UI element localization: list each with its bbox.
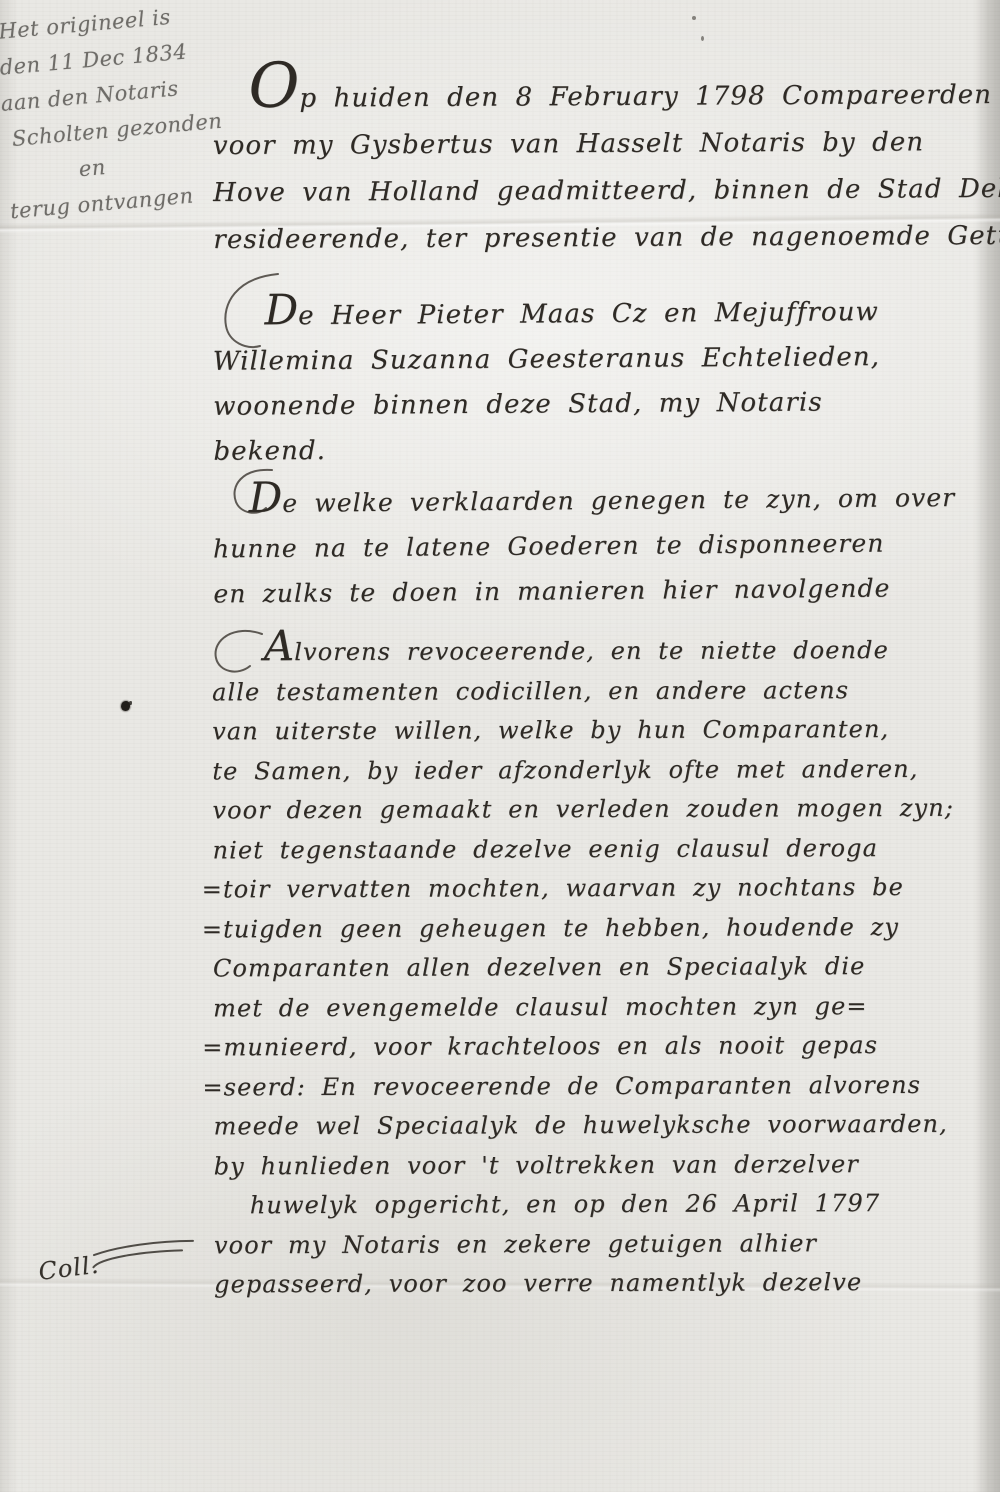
text-line: Hove van Holland geadmitteerd, binnen de… (213, 166, 1000, 217)
text-line: voor my Gysbertus van Hasselt Notaris by… (213, 119, 1000, 170)
text-line: woonende binnen deze Stad, my Notaris (213, 379, 1000, 429)
text-line: by hunlieden voor 't voltrekken van derz… (214, 1144, 1000, 1186)
deed-paragraph-parties: De Heer Pieter Maas Cz en Mejuffrouw Wil… (212, 289, 1000, 474)
text-line: Willemina Suzanna Geesteranus Echteliede… (213, 334, 1000, 384)
text-line: gepasseerd, voor zoo verre namentlyk dez… (214, 1263, 1000, 1305)
text-line: De Heer Pieter Maas Cz en Mejuffrouw (212, 289, 999, 339)
text-line: =tuigden geen geheugen te hebben, houden… (202, 907, 1000, 949)
text-line: en zulks te doen in manieren hier navolg… (213, 565, 1000, 617)
text-line: resideerende, ter presentie van de nagen… (213, 213, 1000, 264)
deed-paragraph-opening: Op huiden den 8 February 1798 Compareerd… (213, 72, 1000, 264)
text-line: voor dezen gemaakt en verleden zouden mo… (212, 789, 999, 831)
scanned-document-page: Het origineel is den 11 Dec 1834 aan den… (0, 0, 1000, 1492)
ink-blot (121, 701, 130, 711)
text-line: huwelyk opgericht, en op den 26 April 17… (214, 1184, 1000, 1226)
text-line: hunne na te latene Goederen te disponnee… (213, 520, 1000, 572)
text-line: van uiterste willen, welke by hun Compar… (212, 710, 999, 752)
text-line: bekend. (213, 424, 1000, 474)
flourish-underline-icon (89, 1234, 201, 1273)
text-line: met de evengemelde clausul mochten zyn g… (213, 986, 1000, 1028)
text-line: =seerd: En revoceerende de Comparanten a… (202, 1065, 1000, 1107)
text-line: alle testamenten codicillen, en andere a… (212, 670, 999, 712)
margin-note: Het origineel is den 11 Dec 1834 aan den… (0, 0, 236, 229)
text-line: De welke verklaarden genegen te zyn, om … (212, 475, 999, 527)
text-line: =munieerd, voor krachteloos en als nooit… (202, 1026, 1000, 1068)
text-line: voor my Notaris en zekere getuigen alhie… (214, 1223, 1000, 1265)
deed-paragraph-declaration: De welke verklaarden genegen te zyn, om … (212, 475, 1000, 617)
ink-speck (692, 16, 696, 20)
text-line: =toir vervatten mochten, waarvan zy noch… (202, 868, 1000, 910)
text-line: Comparanten allen dezelven en Speciaalyk… (213, 947, 1000, 989)
text-line: te Samen, by ieder afzonderlyk ofte met … (212, 749, 999, 791)
text-line: meede wel Speciaalyk de huwelyksche voor… (213, 1105, 1000, 1147)
deed-paragraph-revocation: Alvorens revoceerende, en te niette doen… (212, 631, 1000, 1305)
ink-speck (701, 36, 704, 41)
text-line: niet tegenstaande dezelve eenig clausul … (213, 828, 1000, 870)
text-line: Alvorens revoceerende, en te niette doen… (212, 631, 999, 673)
text-line: Op huiden den 8 February 1798 Compareerd… (213, 72, 1000, 123)
